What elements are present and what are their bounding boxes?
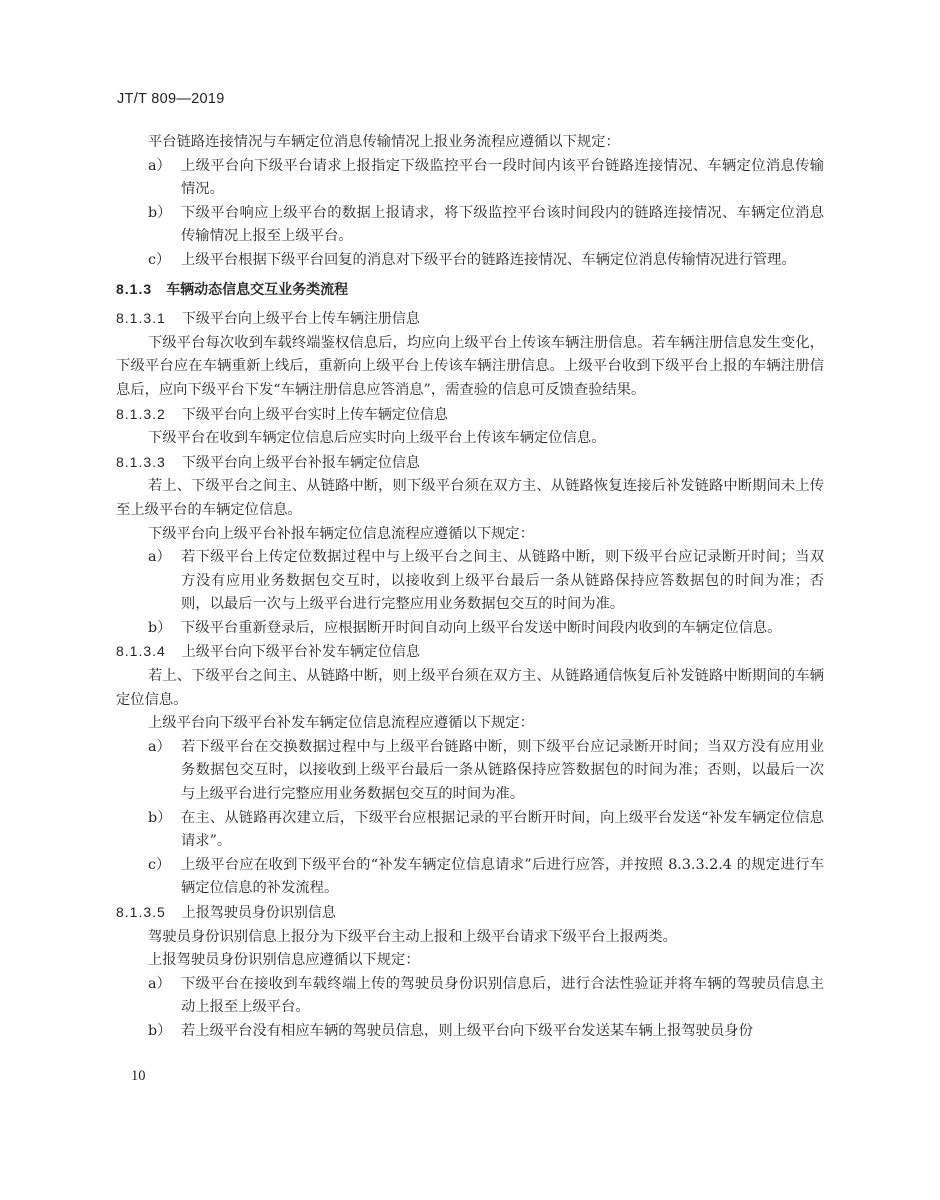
- list-item-text: 上级平台向下级平台请求上报指定下级监控平台一段时间内该平台链路连接情况、车辆定位…: [181, 158, 824, 198]
- paragraph: 驾驶员身份识别信息上报分为下级平台主动上报和上级平台请求下级平台上报两类。: [116, 926, 824, 950]
- list-item: b） 下级平台响应上级平台的数据上报请求，将下级监控平台该时间段内的链路连接情况…: [116, 202, 824, 249]
- list-item-text: 下级平台响应上级平台的数据上报请求，将下级监控平台该时间段内的链路连接情况、车辆…: [181, 205, 824, 245]
- list-marker: b）: [148, 807, 171, 831]
- paragraph: 若上、下级平台之间主、从链路中断，则上级平台须在双方主、从链路通信恢复后补发链路…: [116, 665, 824, 712]
- list-item: a） 若下级平台上传定位数据过程中与上级平台之间主、从链路中断，则下级平台应记录…: [116, 546, 824, 617]
- section-heading-8-1-3-5: 8.1.3.5上报驾驶员身份识别信息: [116, 901, 824, 926]
- page-body: 平台链路连接情况与车辆定位消息传输情况上报业务流程应遵循以下规定： a） 上级平…: [116, 131, 824, 1044]
- section-number: 8.1.3.4: [116, 643, 166, 659]
- paragraph: 若上、下级平台之间主、从链路中断，则下级平台须在双方主、从链路恢复连接后补发链路…: [116, 475, 824, 522]
- section-title: 下级平台向上级平台上传车辆注册信息: [182, 311, 420, 327]
- paragraph: 下级平台每次收到车载终端鉴权信息后，均应向上级平台上传该车辆注册信息。若车辆注册…: [116, 332, 824, 403]
- section-number: 8.1.3.2: [116, 406, 166, 422]
- list-item: a） 上级平台向下级平台请求上报指定下级监控平台一段时间内该平台链路连接情况、车…: [116, 155, 824, 202]
- section-title: 上报驾驶员身份识别信息: [182, 905, 336, 921]
- section-title: 上级平台向下级平台补发车辆定位信息: [182, 644, 420, 660]
- section-heading-8-1-3-1: 8.1.3.1下级平台向上级平台上传车辆注册信息: [116, 307, 824, 332]
- list-marker: b）: [148, 202, 171, 226]
- list-marker: c）: [148, 249, 170, 273]
- list-item-text: 上级平台根据下级平台回复的消息对下级平台的链路连接情况、车辆定位消息传输情况进行…: [181, 252, 796, 268]
- list-item: b） 下级平台重新登录后，应根据断开时间自动向上级平台发送中断时间段内收到的车辆…: [116, 617, 824, 641]
- document-page: JT/T 809—2019 平台链路连接情况与车辆定位消息传输情况上报业务流程应…: [0, 0, 940, 1200]
- section-heading-8-1-3-3: 8.1.3.3下级平台向上级平台补报车辆定位信息: [116, 451, 824, 476]
- list-item-text: 若下级平台上传定位数据过程中与上级平台之间主、从链路中断，则下级平台应记录断开时…: [181, 549, 824, 612]
- list-marker: a）: [148, 736, 171, 760]
- list-item-text: 若下级平台在交换数据过程中与上级平台链路中断，则下级平台应记录断开时间；当双方没…: [181, 739, 824, 802]
- list-item: a） 若下级平台在交换数据过程中与上级平台链路中断，则下级平台应记录断开时间；当…: [116, 736, 824, 807]
- section-title: 下级平台向上级平台实时上传车辆定位信息: [182, 407, 448, 423]
- list-marker: b）: [148, 617, 171, 641]
- list-item: a） 下级平台在接收到车载终端上传的驾驶员身份识别信息后，进行合法性验证并将车辆…: [116, 973, 824, 1020]
- list-item-text: 若上级平台没有相应车辆的驾驶员信息，则上级平台向下级平台发送某车辆上报驾驶员身份: [181, 1023, 753, 1039]
- page-number: 10: [131, 1068, 146, 1085]
- list-item-text: 上级平台应在收到下级平台的“补发车辆定位信息请求”后进行应答，并按照 8.3.3…: [181, 857, 824, 897]
- list-item: c） 上级平台应在收到下级平台的“补发车辆定位信息请求”后进行应答，并按照 8.…: [116, 854, 824, 901]
- list-lead: 上报驾驶员身份识别信息应遵循以下规定：: [116, 949, 824, 973]
- list-item-text: 在主、从链路再次建立后，下级平台应根据记录的平台断开时间，向上级平台发送“补发车…: [181, 810, 824, 850]
- section-heading-8-1-3-2: 8.1.3.2下级平台向上级平台实时上传车辆定位信息: [116, 403, 824, 428]
- intro-lead: 平台链路连接情况与车辆定位消息传输情况上报业务流程应遵循以下规定：: [116, 131, 824, 155]
- list-item-text: 下级平台重新登录后，应根据断开时间自动向上级平台发送中断时间段内收到的车辆定位信…: [181, 620, 781, 636]
- list-marker: c）: [148, 854, 170, 878]
- section-number: 8.1.3.1: [116, 310, 166, 326]
- list-marker: b）: [148, 1020, 171, 1044]
- section-number: 8.1.3.5: [116, 904, 166, 920]
- list-item-text: 下级平台在接收到车载终端上传的驾驶员身份识别信息后，进行合法性验证并将车辆的驾驶…: [181, 976, 824, 1016]
- list-item: c） 上级平台根据下级平台回复的消息对下级平台的链路连接情况、车辆定位消息传输情…: [116, 249, 824, 273]
- list-lead: 上级平台向下级平台补发车辆定位信息流程应遵循以下规定：: [116, 712, 824, 736]
- section-number: 8.1.3.3: [116, 454, 166, 470]
- standard-code-header: JT/T 809—2019: [117, 91, 225, 107]
- section-heading-8-1-3-4: 8.1.3.4上级平台向下级平台补发车辆定位信息: [116, 640, 824, 665]
- list-item: b） 在主、从链路再次建立后，下级平台应根据记录的平台断开时间，向上级平台发送“…: [116, 807, 824, 854]
- list-lead: 下级平台向上级平台补报车辆定位信息流程应遵循以下规定：: [116, 523, 824, 547]
- list-marker: a）: [148, 155, 171, 179]
- section-title: 车辆动态信息交互业务类流程: [166, 281, 348, 297]
- list-marker: a）: [148, 973, 171, 997]
- section-number: 8.1.3: [116, 281, 152, 297]
- paragraph: 下级平台在收到车辆定位信息后应实时向上级平台上传该车辆定位信息。: [116, 427, 824, 451]
- list-marker: a）: [148, 546, 171, 570]
- list-item: b） 若上级平台没有相应车辆的驾驶员信息，则上级平台向下级平台发送某车辆上报驾驶…: [116, 1020, 824, 1044]
- section-title: 下级平台向上级平台补报车辆定位信息: [182, 455, 420, 471]
- section-heading-8-1-3: 8.1.3车辆动态信息交互业务类流程: [116, 278, 824, 302]
